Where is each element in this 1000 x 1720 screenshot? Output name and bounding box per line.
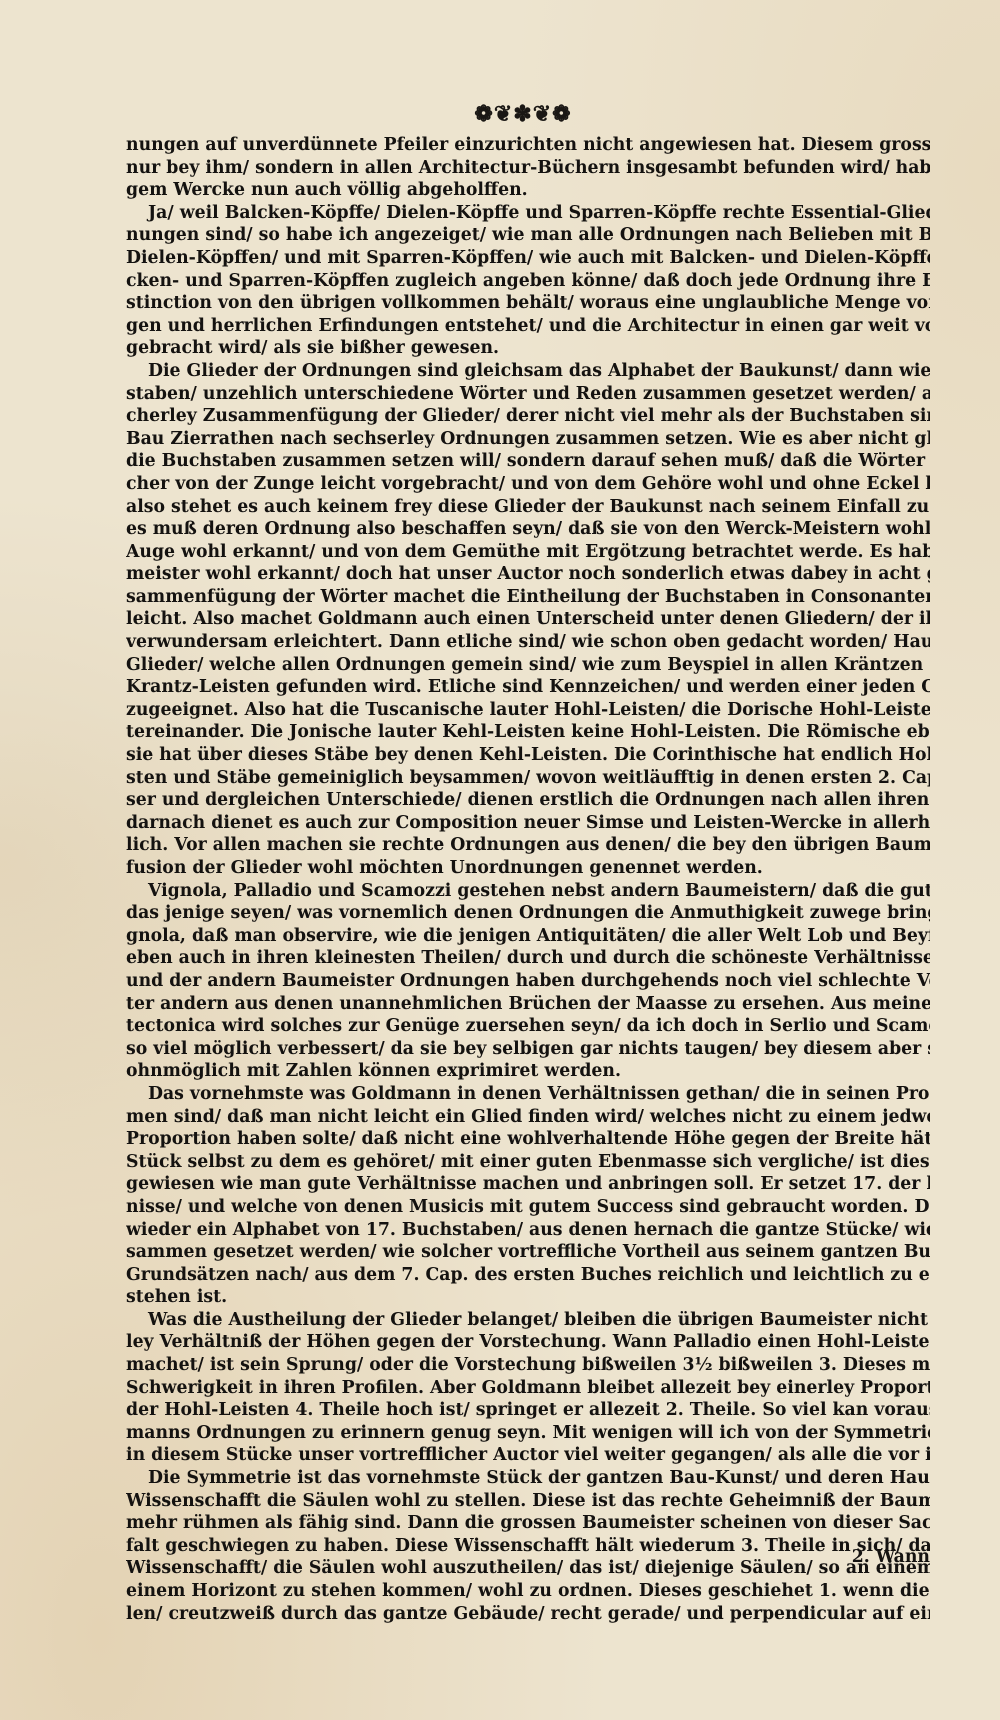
- text-line: Was die Austheilung der Glieder belanget…: [126, 1309, 930, 1332]
- text-line: cherley Zusammenfügung der Glieder/ dere…: [126, 405, 930, 428]
- text-line: gem Wercke nun auch völlig abgeholffen.: [126, 179, 930, 202]
- text-line: machet/ ist sein Sprung/ oder die Vorste…: [126, 1354, 930, 1377]
- text-line: so viel möglich verbessert/ da sie bey s…: [126, 1038, 930, 1061]
- text-line: gnola, daß man observire, wie die jenige…: [126, 925, 930, 948]
- text-line: cher von der Zunge leicht vorgebracht/ u…: [126, 473, 930, 496]
- text-line: nisse/ und welche von denen Musicis mit …: [126, 1196, 930, 1219]
- text-line: cken- und Sparren-Köpffen zugleich angeb…: [126, 270, 930, 293]
- text-line: lich. Vor allen machen sie rechte Ordnun…: [126, 834, 930, 857]
- text-line: wieder ein Alphabet von 17. Buchstaben/ …: [126, 1219, 930, 1242]
- text-line: tectonica wird solches zur Genüge zuerse…: [126, 1015, 930, 1038]
- text-line: nungen sind/ so habe ich angezeiget/ wie…: [126, 224, 930, 247]
- text-line: zugeeignet. Also hat die Tuscanische lau…: [126, 699, 930, 722]
- catchword: 2. Wann: [852, 1547, 930, 1567]
- text-line: Bau Zierrathen nach sechserley Ordnungen…: [126, 428, 930, 451]
- text-line: ley Verhältniß der Höhen gegen der Vorst…: [126, 1331, 930, 1354]
- text-line: sten und Stäbe gemeiniglich beysammen/ w…: [126, 767, 930, 790]
- text-line: mehr rühmen als fähig sind. Dann die gro…: [126, 1512, 930, 1535]
- text-line: Ja/ weil Balcken-Köpffe/ Dielen-Köpffe u…: [126, 202, 930, 225]
- text-line: Dielen-Köpffen/ und mit Sparren-Köpffen/…: [126, 247, 930, 270]
- text-line: Stück selbst zu dem es gehöret/ mit eine…: [126, 1151, 930, 1174]
- text-line: tereinander. Die Jonische lauter Kehl-Le…: [126, 721, 930, 744]
- text-line: gen und herrlichen Erfindungen entstehet…: [126, 315, 930, 338]
- text-line: verwundersam erleichtert. Dann etliche s…: [126, 631, 930, 654]
- text-line: sammenfügung der Wörter machet die Einth…: [126, 586, 930, 609]
- text-line: nur bey ihm/ sondern in allen Architectu…: [126, 157, 930, 180]
- text-line: len/ creutzweiß durch das gantze Gebäude…: [126, 1603, 930, 1626]
- text-line: meister wohl erkannt/ doch hat unser Auc…: [126, 563, 930, 586]
- text-line: gebracht wird/ als sie bißher gewesen.: [126, 337, 930, 360]
- text-line: falt geschwiegen zu haben. Diese Wissens…: [126, 1535, 930, 1558]
- text-line: die Buchstaben zusammen setzen will/ son…: [126, 450, 930, 473]
- text-line: das jenige seyen/ was vornemlich denen O…: [126, 902, 930, 925]
- text-line: eben auch in ihren kleinesten Theilen/ d…: [126, 947, 930, 970]
- text-line: stinction von den übrigen vollkommen beh…: [126, 292, 930, 315]
- text-line: der Hohl-Leisten 4. Theile hoch ist/ spr…: [126, 1399, 930, 1422]
- text-line: Grundsätzen nach/ aus dem 7. Cap. des er…: [126, 1264, 930, 1287]
- text-line: Krantz-Leisten gefunden wird. Etliche si…: [126, 676, 930, 699]
- text-line: es muß deren Ordnung also beschaffen sey…: [126, 518, 930, 541]
- text-line: in diesem Stücke unser vortrefflicher Au…: [126, 1444, 930, 1467]
- text-line: fusion der Glieder wohl möchten Unordnun…: [126, 857, 930, 880]
- text-line: nungen auf unverdünnete Pfeiler einzuric…: [126, 134, 930, 157]
- text-line: sie hat über dieses Stäbe bey denen Kehl…: [126, 744, 930, 767]
- text-line: Wissenschafft die Säulen wohl zu stellen…: [126, 1490, 930, 1513]
- text-line: ter andern aus denen unannehmlichen Brüc…: [126, 993, 930, 1016]
- book-page: ❁❦✽❦❁ nungen auf unverdünnete Pfeiler ei…: [0, 0, 1000, 1720]
- text-line: ohnmöglich mit Zahlen können exprimiret …: [126, 1060, 930, 1083]
- headpiece-ornament: ❁❦✽❦❁: [462, 100, 584, 128]
- text-line: Die Glieder der Ordnungen sind gleichsam…: [126, 360, 930, 383]
- text-line: sammen gesetzet werden/ wie solcher vort…: [126, 1241, 930, 1264]
- text-line: Das vornehmste was Goldmann in denen Ver…: [126, 1083, 930, 1106]
- text-line: Auge wohl erkannt/ und von dem Gemüthe m…: [126, 541, 930, 564]
- text-line: und der andern Baumeister Ordnungen habe…: [126, 970, 930, 993]
- text-line: Glieder/ welche allen Ordnungen gemein s…: [126, 654, 930, 677]
- text-line: gewiesen wie man gute Verhältnisse mache…: [126, 1173, 930, 1196]
- body-text: nungen auf unverdünnete Pfeiler einzuric…: [126, 134, 930, 1625]
- text-line: manns Ordnungen zu erinnern genug seyn. …: [126, 1422, 930, 1445]
- text-line: stehen ist.: [126, 1286, 930, 1309]
- text-line: Vignola, Palladio und Scamozzi gestehen …: [126, 880, 930, 903]
- text-line: Wissenschafft/ die Säulen wohl auszuthei…: [126, 1557, 930, 1580]
- text-line: ser und dergleichen Unterschiede/ dienen…: [126, 789, 930, 812]
- text-line: men sind/ daß man nicht leicht ein Glied…: [126, 1106, 930, 1129]
- text-line: einem Horizont zu stehen kommen/ wohl zu…: [126, 1580, 930, 1603]
- text-line: Schwerigkeit in ihren Profilen. Aber Gol…: [126, 1377, 930, 1400]
- text-line: darnach dienet es auch zur Composition n…: [126, 812, 930, 835]
- text-line: leicht. Also machet Goldmann auch einen …: [126, 608, 930, 631]
- text-line: Die Symmetrie ist das vornehmste Stück d…: [126, 1467, 930, 1490]
- text-line: Proportion haben solte/ daß nicht eine w…: [126, 1128, 930, 1151]
- text-line: also stehet es auch keinem frey diese Gl…: [126, 496, 930, 519]
- text-line: staben/ unzehlich unterschiedene Wörter …: [126, 383, 930, 406]
